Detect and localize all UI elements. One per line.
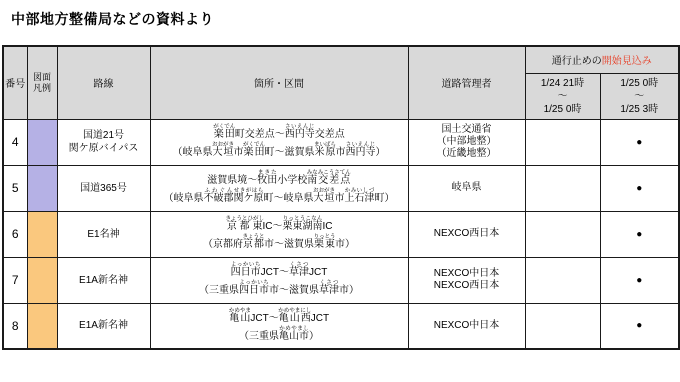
period2-line1: 1/25 0時 (601, 77, 679, 90)
furigana-text: よっかいち (231, 262, 261, 268)
route-cell: E1A新名神 (57, 257, 150, 303)
section-text: 不破郡 (203, 193, 233, 204)
route-line: E1A新名神 (58, 274, 150, 287)
ruby-annotated-text: 亀山かめやま (229, 313, 251, 324)
furigana-text: まきた (257, 170, 277, 176)
section-text: 亀山 (229, 313, 251, 324)
table-header: 番号 図面 凡例 路線 箇所・区間 道路管理者 通行止めの開始見込み 1/24 … (3, 46, 679, 119)
furigana-text: かめやまし (279, 326, 309, 332)
header-section: 箇所・区間 (150, 46, 408, 119)
closure-period2-cell: ● (600, 303, 679, 349)
furigana-text: おおがき (313, 188, 335, 194)
header-legend-line2: 凡例 (28, 83, 57, 94)
section-text: 京都東 (225, 221, 264, 232)
header-period1: 1/24 21時 ～ 1/25 0時 (525, 73, 600, 119)
section-line: （岐阜県不破郡ふわぐん関ケ原せきがはら町～岐阜県大垣おおがき市上石津かみいしづ町… (151, 188, 408, 206)
section-text: 南交差点 (307, 175, 351, 186)
furigana-text: まいばら (314, 142, 336, 148)
ruby-annotated-text: 四日市よっかいち (239, 285, 269, 296)
section-text: 米原 (314, 147, 336, 158)
ruby-annotated-text: 米原まいばら (315, 147, 336, 158)
section-text: 亀山西 (278, 313, 311, 324)
manager-cell: 国土交通省（中部地整）（近畿地整） (408, 119, 525, 165)
section-text: 栗東湖南 (283, 221, 323, 232)
furigana-text: きょうとひがし (225, 216, 264, 222)
section-text: 町交差点～ (235, 129, 285, 140)
legend-swatch-cell (27, 165, 57, 211)
route-line: 関ケ原バイパス (58, 142, 150, 155)
ruby-annotated-text: 亀山市かめやまし (279, 331, 309, 342)
manager-cell: NEXCO中日本 (408, 303, 525, 349)
header-route-label: 路線 (94, 79, 114, 90)
section-text: 西円寺 (346, 147, 376, 158)
ruby-annotated-text: 西円寺さいえんじ (346, 147, 376, 158)
furigana-text: くさつ (319, 280, 339, 286)
furigana-text: さいえんじ (346, 142, 376, 148)
section-text: 楽田 (213, 129, 235, 140)
ruby-annotated-text: 南交差点みなみこうさてん (307, 175, 351, 186)
header-legend: 図面 凡例 (27, 46, 57, 119)
road-closure-table: 番号 図面 凡例 路線 箇所・区間 道路管理者 通行止めの開始見込み 1/24 … (2, 45, 680, 350)
section-line: 亀山かめやまJCT～亀山西かめやまにしJCT (151, 308, 408, 326)
section-text: 四日市 (231, 267, 261, 278)
manager-line: NEXCO中日本 (409, 320, 525, 332)
closure-period1-cell (525, 257, 600, 303)
section-text: 京都 (242, 239, 264, 250)
page-title: 中部地方整備局などの資料より (11, 9, 214, 29)
section-text: 西円寺 (285, 129, 315, 140)
section-text: 関ケ原 (233, 193, 263, 204)
closure-prefix: 通行止めの (552, 56, 602, 67)
section-cell: 楽田がくでん町交差点～西円寺さいえんじ交差点（岐阜県大垣おおがき市楽田がくでん町… (150, 119, 408, 165)
table-row: 8E1A新名神亀山かめやまJCT～亀山西かめやまにしJCT（三重県亀山市かめやま… (3, 303, 679, 349)
section-text: 大垣 (212, 147, 234, 158)
header-period2: 1/25 0時 ～ 1/25 3時 (600, 73, 679, 119)
section-line: 四日市よっかいちJCT～草津くさつJCT (151, 262, 408, 280)
section-text: JCT～ (261, 267, 289, 278)
route-cell: E1名神 (57, 211, 150, 257)
section-text: 町～滋賀県 (265, 147, 315, 158)
section-text: 上石津 (345, 193, 375, 204)
legend-swatch-cell (27, 211, 57, 257)
section-text: IC～ (263, 221, 283, 232)
manager-line: NEXCO中日本 (409, 268, 525, 280)
section-text: 小学校 (277, 175, 307, 186)
section-cell: 滋賀県境～牧田まきた小学校南交差点みなみこうさてん（岐阜県不破郡ふわぐん関ケ原せ… (150, 165, 408, 211)
ruby-annotated-text: 大垣おおがき (313, 193, 334, 204)
section-line: （三重県四日市よっかいち市～滋賀県草津くさつ市） (151, 280, 408, 298)
section-text: 市 (335, 193, 345, 204)
row-number-cell: 7 (3, 257, 27, 303)
furigana-text: がくでん (213, 124, 235, 130)
table-row: 6E1名神京都東きょうとひがしIC～栗東湖南りっとうこなんIC（京都府京都きょう… (3, 211, 679, 257)
section-text: （岐阜県 (172, 147, 212, 158)
section-text: 市 (233, 147, 243, 158)
closure-period1-cell (525, 119, 600, 165)
furigana-text: よっかいち (239, 280, 269, 286)
period1-line1: 1/24 21時 (526, 77, 600, 90)
section-line: （三重県亀山市かめやまし） (151, 326, 408, 344)
section-line: 滋賀県境～牧田まきた小学校南交差点みなみこうさてん (151, 170, 408, 188)
furigana-text: みなみこうさてん (307, 170, 351, 176)
section-text: 亀山市 (279, 331, 309, 342)
header-closure-group: 通行止めの開始見込み (525, 46, 679, 73)
manager-cell: NEXCO西日本 (408, 211, 525, 257)
ruby-annotated-text: 草津くさつ (319, 285, 339, 296)
furigana-text: りっとう (314, 234, 336, 240)
route-line: 国道21号 (58, 129, 150, 142)
route-cell: E1A新名神 (57, 303, 150, 349)
ruby-annotated-text: 京都東きょうとひがし (225, 221, 262, 232)
row-number-cell: 4 (3, 119, 27, 165)
section-line: 楽田がくでん町交差点～西円寺さいえんじ交差点 (151, 124, 408, 142)
section-text: IC (323, 221, 333, 232)
closure-period1-cell (525, 303, 600, 349)
table-body: 4国道21号関ケ原バイパス楽田がくでん町交差点～西円寺さいえんじ交差点（岐阜県大… (3, 119, 679, 349)
section-text: JCT (309, 267, 327, 278)
section-line: （京都府京都きょうと市～滋賀県栗東りっとう市） (151, 234, 408, 252)
section-text: 市 (336, 147, 346, 158)
ruby-annotated-text: 上石津かみいしづ (345, 193, 375, 204)
manager-line: NEXCO西日本 (409, 228, 525, 240)
section-text: （三重県 (239, 331, 279, 342)
section-cell: 京都東きょうとひがしIC～栗東湖南りっとうこなんIC（京都府京都きょうと市～滋賀… (150, 211, 408, 257)
closure-highlight: 開始見込み (602, 56, 652, 67)
ruby-annotated-text: 京都きょうと (243, 239, 264, 250)
furigana-text: さいえんじ (285, 124, 315, 130)
manager-line: 岐阜県 (409, 182, 525, 194)
ruby-annotated-text: 大垣おおがき (212, 147, 233, 158)
section-text: 滋賀県境～ (207, 175, 257, 186)
section-text: ） (376, 147, 386, 158)
ruby-annotated-text: 草津くさつ (289, 267, 309, 278)
furigana-text: おおがき (212, 142, 234, 148)
section-cell: 亀山かめやまJCT～亀山西かめやまにしJCT（三重県亀山市かめやまし） (150, 303, 408, 349)
row-number-cell: 6 (3, 211, 27, 257)
section-text: 大垣 (313, 193, 335, 204)
header-manager-label: 道路管理者 (442, 79, 492, 90)
period2-line2: ～ (601, 90, 679, 103)
furigana-text: ふわぐん (203, 188, 233, 194)
route-cell: 国道21号関ケ原バイパス (57, 119, 150, 165)
section-text: 四日市 (239, 285, 269, 296)
furigana-text: きょうと (242, 234, 264, 240)
route-line: E1A新名神 (58, 319, 150, 332)
header-route: 路線 (57, 46, 150, 119)
section-text: JCT (311, 313, 329, 324)
furigana-text: りっとうこなん (283, 216, 323, 222)
section-text: 牧田 (257, 175, 277, 186)
legend-swatch-cell (27, 303, 57, 349)
closure-period2-cell: ● (600, 119, 679, 165)
section-text: 栗東 (314, 239, 336, 250)
section-line: （岐阜県大垣おおがき市楽田がくでん町～滋賀県米原まいばら市西円寺さいえんじ） (151, 142, 408, 160)
row-number-cell: 5 (3, 165, 27, 211)
section-text: 町） (375, 193, 395, 204)
row-number-cell: 8 (3, 303, 27, 349)
legend-swatch-cell (27, 119, 57, 165)
closure-period1-cell (525, 165, 600, 211)
manager-line: （近畿地整） (409, 148, 525, 160)
closure-period1-cell (525, 211, 600, 257)
period1-line2: ～ (526, 90, 600, 103)
ruby-annotated-text: 四日市よっかいち (231, 267, 261, 278)
section-text: ） (309, 331, 319, 342)
header-legend-line1: 図面 (28, 72, 57, 83)
period1-line3: 1/25 0時 (526, 103, 600, 116)
legend-swatch-cell (27, 257, 57, 303)
furigana-text: がくでん (243, 142, 265, 148)
furigana-text: かめやま (229, 308, 251, 314)
ruby-annotated-text: 亀山西かめやまにし (279, 313, 311, 324)
manager-line: NEXCO西日本 (409, 280, 525, 292)
section-text: 市～滋賀県 (264, 239, 314, 250)
ruby-annotated-text: 栗東りっとう (314, 239, 335, 250)
header-number: 番号 (3, 46, 27, 119)
furigana-text: かみいしづ (345, 188, 375, 194)
header-section-label: 箇所・区間 (254, 79, 304, 90)
section-line: 京都東きょうとひがしIC～栗東湖南りっとうこなんIC (151, 216, 408, 234)
section-text: JCT～ (250, 313, 278, 324)
section-text: （岐阜県 (163, 193, 203, 204)
ruby-annotated-text: 栗東湖南りっとうこなん (283, 221, 323, 232)
manager-line: （中部地整） (409, 136, 525, 148)
section-text: 町～岐阜県 (263, 193, 313, 204)
section-text: 市～滋賀県 (269, 285, 319, 296)
ruby-annotated-text: 牧田まきた (257, 175, 277, 186)
ruby-annotated-text: 西円寺さいえんじ (285, 129, 315, 140)
table-row: 4国道21号関ケ原バイパス楽田がくでん町交差点～西円寺さいえんじ交差点（岐阜県大… (3, 119, 679, 165)
closure-period2-cell: ● (600, 211, 679, 257)
furigana-text: せきがはら (233, 188, 263, 194)
furigana-text: かめやまにし (278, 308, 311, 314)
route-line: 国道365号 (58, 182, 150, 195)
header-manager: 道路管理者 (408, 46, 525, 119)
section-text: 市） (335, 239, 355, 250)
section-text: （京都府 (203, 239, 243, 250)
period2-line3: 1/25 3時 (601, 103, 679, 116)
section-text: 市） (339, 285, 359, 296)
section-text: 交差点 (315, 129, 345, 140)
route-line: E1名神 (58, 228, 150, 241)
header-number-label: 番号 (5, 79, 25, 90)
table-row: 7E1A新名神四日市よっかいちJCT～草津くさつJCT（三重県四日市よっかいち市… (3, 257, 679, 303)
section-text: 草津 (319, 285, 339, 296)
ruby-annotated-text: 楽田がくでん (213, 129, 235, 140)
section-text: 楽田 (243, 147, 265, 158)
manager-line: 国土交通省 (409, 124, 525, 136)
ruby-annotated-text: 楽田がくでん (243, 147, 264, 158)
section-text: （三重県 (199, 285, 239, 296)
manager-cell: NEXCO中日本NEXCO西日本 (408, 257, 525, 303)
section-text: 草津 (289, 267, 309, 278)
ruby-annotated-text: 不破郡ふわぐん (203, 193, 233, 204)
ruby-annotated-text: 関ケ原せきがはら (233, 193, 263, 204)
furigana-text: くさつ (289, 262, 309, 268)
closure-period2-cell: ● (600, 257, 679, 303)
table-row: 5国道365号滋賀県境～牧田まきた小学校南交差点みなみこうさてん（岐阜県不破郡ふ… (3, 165, 679, 211)
manager-cell: 岐阜県 (408, 165, 525, 211)
closure-period2-cell: ● (600, 165, 679, 211)
route-cell: 国道365号 (57, 165, 150, 211)
section-cell: 四日市よっかいちJCT～草津くさつJCT（三重県四日市よっかいち市～滋賀県草津く… (150, 257, 408, 303)
